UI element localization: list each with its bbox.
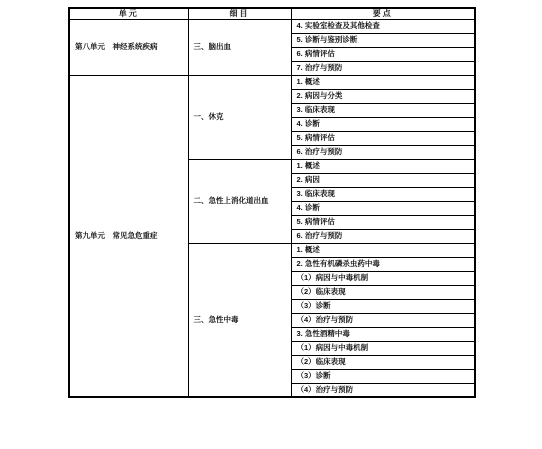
point-cell: （4）治疗与预防 — [291, 383, 475, 397]
point-cell: 3. 临床表现 — [291, 103, 475, 117]
point-cell: （2）临床表现 — [291, 285, 475, 299]
point-cell: 4. 实验室检查及其他检查 — [291, 19, 475, 33]
point-cell: 7. 治疗与预防 — [291, 61, 475, 75]
point-cell: 6. 治疗与预防 — [291, 145, 475, 159]
point-cell: 1. 概述 — [291, 159, 475, 173]
unit-cell: 第八单元 神经系统疾病 — [69, 19, 188, 75]
syllabus-table: 单元 细目 要点 第八单元 神经系统疾病 三、脑出血 4. 实验室检查及其他检查… — [68, 7, 476, 398]
col-header-unit: 单元 — [69, 8, 188, 19]
point-cell: 2. 急性有机磷杀虫药中毒 — [291, 257, 475, 271]
point-cell: 1. 概述 — [291, 75, 475, 89]
col-header-points: 要点 — [291, 8, 475, 19]
point-cell: 4. 诊断 — [291, 117, 475, 131]
col-header-detail: 细目 — [188, 8, 291, 19]
unit-cell: 第九单元 常见急危重症 — [69, 75, 188, 397]
detail-cell: 一、休克 — [188, 75, 291, 159]
detail-cell: 三、脑出血 — [188, 19, 291, 75]
point-cell: （3）诊断 — [291, 299, 475, 313]
point-cell: 4. 诊断 — [291, 201, 475, 215]
document-page: 单元 细目 要点 第八单元 神经系统疾病 三、脑出血 4. 实验室检查及其他检查… — [0, 0, 542, 449]
point-cell: 5. 病情评估 — [291, 131, 475, 145]
detail-cell: 二、急性上消化道出血 — [188, 159, 291, 243]
point-cell: （4）治疗与预防 — [291, 313, 475, 327]
point-cell: 2. 病因与分类 — [291, 89, 475, 103]
point-cell: 1. 概述 — [291, 243, 475, 257]
point-cell: 6. 治疗与预防 — [291, 229, 475, 243]
point-cell: （1）病因与中毒机制 — [291, 271, 475, 285]
point-cell: （3）诊断 — [291, 369, 475, 383]
point-cell: （1）病因与中毒机制 — [291, 341, 475, 355]
point-cell: 2. 病因 — [291, 173, 475, 187]
table-row: 第八单元 神经系统疾病 三、脑出血 4. 实验室检查及其他检查 — [69, 19, 475, 33]
point-cell: 3. 急性酒精中毒 — [291, 327, 475, 341]
table-row: 第九单元 常见急危重症 一、休克 1. 概述 — [69, 75, 475, 89]
point-cell: 3. 临床表现 — [291, 187, 475, 201]
point-cell: 5. 诊断与鉴别诊断 — [291, 33, 475, 47]
point-cell: （2）临床表现 — [291, 355, 475, 369]
header-row: 单元 细目 要点 — [69, 8, 475, 19]
detail-cell: 三、急性中毒 — [188, 243, 291, 397]
point-cell: 6. 病情评估 — [291, 47, 475, 61]
point-cell: 5. 病情评估 — [291, 215, 475, 229]
